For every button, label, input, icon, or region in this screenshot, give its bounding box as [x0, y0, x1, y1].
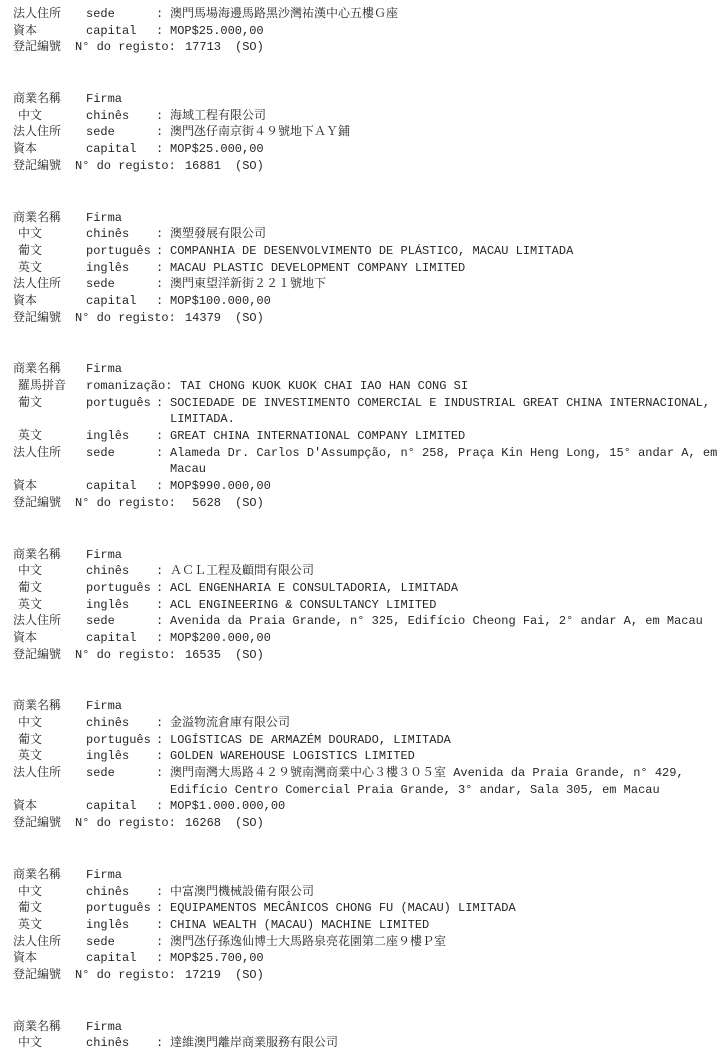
registry-entry: 商業名稱Firma羅馬拼音romanização:TAI CHONG KUOK … — [0, 361, 725, 511]
document-row: 葡文português:SOCIEDADE DE INVESTIMENTO CO… — [0, 395, 725, 412]
label-pt-capital: capital — [86, 950, 136, 967]
document-row: 資本capital:MOP$200.000,00 — [0, 630, 725, 647]
label-pt-registo: N° do registo: — [75, 310, 176, 327]
field-value: MOP$25.000,00 — [170, 23, 264, 40]
field-value: LOGÍSTICAS DE ARMAZÉM DOURADO, LIMITADA — [170, 732, 451, 749]
label-pt-firma: Firma — [86, 1019, 122, 1036]
registration-number: 17219 — [184, 967, 221, 984]
document-row: 英文inglês:GREAT CHINA INTERNATIONAL COMPA… — [0, 428, 725, 445]
registry-entry: 商業名稱Firma中文chinês:海域工程有限公司法人住所sede:澳門氹仔南… — [0, 91, 725, 174]
label-pt-capital: capital — [86, 798, 136, 815]
registration-number: 16268 — [184, 815, 221, 832]
label-zh-english: 英文 — [18, 428, 42, 445]
registration-suffix: (SO) — [235, 158, 264, 175]
label-pt-chinese: chinês — [86, 884, 129, 901]
label-zh-english: 英文 — [18, 748, 42, 765]
label-pt-english: inglês — [86, 260, 129, 277]
label-zh-portuguese: 葡文 — [18, 580, 42, 597]
label-zh-capital: 資本 — [13, 798, 37, 815]
label-pt-firma: Firma — [86, 867, 122, 884]
document-row: 商業名稱Firma — [0, 547, 725, 564]
field-value: CHINA WEALTH (MACAU) MACHINE LIMITED — [170, 917, 429, 934]
field-value-continuation: LIMITADA. — [170, 411, 235, 428]
label-zh-sede: 法人住所 — [13, 613, 61, 630]
registration-suffix: (SO) — [235, 310, 264, 327]
document-row: 葡文português:ACL ENGENHARIA E CONSULTADOR… — [0, 580, 725, 597]
registration-suffix: (SO) — [235, 647, 264, 664]
field-value: ＡＣＬ工程及顧問有限公司 — [170, 563, 314, 580]
label-zh-portuguese: 葡文 — [18, 395, 42, 412]
field-value: 海域工程有限公司 — [170, 108, 266, 125]
field-value: 澳門南灣大馬路４２９號南灣商業中心３樓３０５室 Avenida da Praia… — [170, 765, 684, 782]
label-pt-capital: capital — [86, 23, 136, 40]
field-value-continuation: Edifício Centro Comercial Praia Grande, … — [170, 782, 660, 799]
label-zh-sede: 法人住所 — [13, 6, 61, 23]
document-row: 登記編號N° do registo:5628(SO) — [0, 495, 725, 512]
field-value: 達維澳門離岸商業服務有限公司 — [170, 1035, 338, 1052]
registration-number: 5628 — [184, 495, 221, 512]
label-pt-registo: N° do registo: — [75, 967, 176, 984]
field-value: MOP$25.000,00 — [170, 141, 264, 158]
label-zh-chinese: 中文 — [18, 108, 42, 125]
document-row: 法人住所sede:澳門馬場海邊馬路黑沙灣祐漢中心五樓Ｇ座 — [0, 6, 725, 23]
field-value: SOCIEDADE DE INVESTIMENTO COMERCIAL E IN… — [170, 395, 710, 412]
colon-separator: : — [156, 950, 163, 967]
field-value: GREAT CHINA INTERNATIONAL COMPANY LIMITE… — [170, 428, 465, 445]
colon-separator: : — [156, 260, 163, 277]
document-row: Macau — [0, 461, 725, 478]
colon-separator: : — [156, 900, 163, 917]
label-pt-registo: N° do registo: — [75, 39, 176, 56]
colon-separator: : — [156, 1035, 163, 1052]
label-pt-sede: sede — [86, 613, 115, 630]
document-row: 中文chinês:金溢物流倉庫有限公司 — [0, 715, 725, 732]
document-row: 中文chinês:中富澳門機械設備有限公司 — [0, 884, 725, 901]
label-pt-chinese: chinês — [86, 108, 129, 125]
colon-separator: : — [156, 428, 163, 445]
field-value: ACL ENGINEERING & CONSULTANCY LIMITED — [170, 597, 436, 614]
document-row: 法人住所sede:澳門氹仔孫逸仙博士大馬路泉亮花園第二座９樓Ｐ室 — [0, 934, 725, 951]
field-value: Alameda Dr. Carlos D'Assumpção, n° 258, … — [170, 445, 717, 462]
label-zh-firma: 商業名稱 — [13, 91, 61, 108]
colon-separator: : — [156, 141, 163, 158]
label-pt-firma: Firma — [86, 210, 122, 227]
label-pt-sede: sede — [86, 934, 115, 951]
label-pt-portuguese: português — [86, 243, 151, 260]
registration-number: 17713 — [184, 39, 221, 56]
field-value: MOP$100.000,00 — [170, 293, 271, 310]
label-zh-chinese: 中文 — [18, 884, 42, 901]
document-row: 中文chinês:達維澳門離岸商業服務有限公司 — [0, 1035, 725, 1052]
field-value: 澳門氹仔孫逸仙博士大馬路泉亮花園第二座９樓Ｐ室 — [170, 934, 446, 951]
colon-separator: : — [156, 293, 163, 310]
field-value: 澳門氹仔南京街４９號地下ＡＹ鋪 — [170, 124, 350, 141]
document-row: 英文inglês:MACAU PLASTIC DEVELOPMENT COMPA… — [0, 260, 725, 277]
colon-separator: : — [156, 445, 163, 462]
field-value: MOP$200.000,00 — [170, 630, 271, 647]
document-row: 葡文português:EQUIPAMENTOS MECÂNICOS CHONG… — [0, 900, 725, 917]
label-zh-capital: 資本 — [13, 141, 37, 158]
label-pt-capital: capital — [86, 293, 136, 310]
label-zh-chinese: 中文 — [18, 563, 42, 580]
registration-suffix: (SO) — [235, 495, 264, 512]
label-pt-sede: sede — [86, 6, 115, 23]
document-row: 登記編號N° do registo:16268(SO) — [0, 815, 725, 832]
label-pt-chinese: chinês — [86, 1035, 129, 1052]
label-zh-english: 英文 — [18, 597, 42, 614]
field-value: EQUIPAMENTOS MECÂNICOS CHONG FU (MACAU) … — [170, 900, 516, 917]
colon-separator: : — [156, 884, 163, 901]
colon-separator: : — [156, 124, 163, 141]
document-row: 中文chinês:澳塑發展有限公司 — [0, 226, 725, 243]
label-zh-sede: 法人住所 — [13, 765, 61, 782]
field-value: MOP$1.000.000,00 — [170, 798, 285, 815]
label-zh-sede: 法人住所 — [13, 934, 61, 951]
registry-entry: 商業名稱Firma中文chinês:達維澳門離岸商業服務有限公司 — [0, 1019, 725, 1052]
label-zh-sede: 法人住所 — [13, 276, 61, 293]
label-pt-capital: capital — [86, 478, 136, 495]
label-zh-chinese: 中文 — [18, 715, 42, 732]
registry-entry: 商業名稱Firma中文chinês:中富澳門機械設備有限公司葡文portuguê… — [0, 867, 725, 984]
colon-separator: : — [156, 243, 163, 260]
label-pt-english: inglês — [86, 917, 129, 934]
label-pt-portuguese: português — [86, 395, 151, 412]
label-zh-capital: 資本 — [13, 950, 37, 967]
label-zh-registo: 登記編號 — [13, 967, 61, 984]
document-row: 英文inglês:ACL ENGINEERING & CONSULTANCY L… — [0, 597, 725, 614]
colon-separator: : — [156, 748, 163, 765]
document-row: 商業名稱Firma — [0, 210, 725, 227]
document-page: 法人住所sede:澳門馬場海邊馬路黑沙灣祐漢中心五樓Ｇ座資本capital:MO… — [0, 0, 725, 1053]
colon-separator: : — [156, 276, 163, 293]
document-row: 商業名稱Firma — [0, 1019, 725, 1036]
colon-separator: : — [156, 597, 163, 614]
document-row: 法人住所sede:澳門氹仔南京街４９號地下ＡＹ鋪 — [0, 124, 725, 141]
colon-separator: : — [156, 108, 163, 125]
colon-separator: : — [156, 23, 163, 40]
document-row: Edifício Centro Comercial Praia Grande, … — [0, 782, 725, 799]
colon-separator: : — [156, 934, 163, 951]
registry-entry: 法人住所sede:澳門馬場海邊馬路黑沙灣祐漢中心五樓Ｇ座資本capital:MO… — [0, 6, 725, 56]
label-pt-portuguese: português — [86, 580, 151, 597]
document-row: 葡文português:COMPANHIA DE DESENVOLVIMENTO… — [0, 243, 725, 260]
registry-entry: 商業名稱Firma中文chinês:金溢物流倉庫有限公司葡文português:… — [0, 698, 725, 832]
label-pt-english: inglês — [86, 428, 129, 445]
label-pt-english: inglês — [86, 748, 129, 765]
document-row: 登記編號N° do registo:16535(SO) — [0, 647, 725, 664]
label-pt-romanization: romanização: — [86, 378, 172, 395]
label-zh-capital: 資本 — [13, 478, 37, 495]
label-pt-sede: sede — [86, 124, 115, 141]
field-value: COMPANHIA DE DESENVOLVIMENTO DE PLÁSTICO… — [170, 243, 573, 260]
label-zh-firma: 商業名稱 — [13, 547, 61, 564]
label-zh-registo: 登記編號 — [13, 815, 61, 832]
colon-separator: : — [156, 765, 163, 782]
colon-separator: : — [156, 798, 163, 815]
document-row: 法人住所sede:Alameda Dr. Carlos D'Assumpção,… — [0, 445, 725, 462]
document-row: 葡文português:LOGÍSTICAS DE ARMAZÉM DOURAD… — [0, 732, 725, 749]
document-row: LIMITADA. — [0, 411, 725, 428]
label-zh-portuguese: 葡文 — [18, 243, 42, 260]
label-pt-chinese: chinês — [86, 715, 129, 732]
label-zh-portuguese: 葡文 — [18, 732, 42, 749]
label-zh-chinese: 中文 — [18, 226, 42, 243]
label-zh-registo: 登記編號 — [13, 39, 61, 56]
field-value-continuation: Macau — [170, 461, 206, 478]
document-row: 資本capital:MOP$25.000,00 — [0, 141, 725, 158]
label-zh-capital: 資本 — [13, 23, 37, 40]
label-zh-registo: 登記編號 — [13, 647, 61, 664]
label-pt-registo: N° do registo: — [75, 815, 176, 832]
label-zh-sede: 法人住所 — [13, 124, 61, 141]
label-zh-capital: 資本 — [13, 630, 37, 647]
document-row: 英文inglês:GOLDEN WAREHOUSE LOGISTICS LIMI… — [0, 748, 725, 765]
field-value: 澳門東望洋新街２２１號地下 — [170, 276, 326, 293]
colon-separator: : — [156, 613, 163, 630]
registry-entry: 商業名稱Firma中文chinês:澳塑發展有限公司葡文português:CO… — [0, 210, 725, 327]
label-pt-chinese: chinês — [86, 563, 129, 580]
registration-suffix: (SO) — [235, 815, 264, 832]
field-value: MACAU PLASTIC DEVELOPMENT COMPANY LIMITE… — [170, 260, 465, 277]
label-zh-firma: 商業名稱 — [13, 210, 61, 227]
registration-number: 16881 — [184, 158, 221, 175]
document-row: 登記編號N° do registo:17713(SO) — [0, 39, 725, 56]
registration-suffix: (SO) — [235, 39, 264, 56]
label-zh-firma: 商業名稱 — [13, 361, 61, 378]
document-row: 商業名稱Firma — [0, 867, 725, 884]
label-zh-portuguese: 葡文 — [18, 900, 42, 917]
label-pt-firma: Firma — [86, 361, 122, 378]
romanization-value: TAI CHONG KUOK KUOK CHAI IAO HAN CONG SI — [180, 378, 468, 395]
document-row: 中文chinês:ＡＣＬ工程及顧問有限公司 — [0, 563, 725, 580]
label-zh-romanization: 羅馬拼音 — [18, 378, 66, 395]
registry-entry: 商業名稱Firma中文chinês:ＡＣＬ工程及顧問有限公司葡文portuguê… — [0, 547, 725, 664]
colon-separator: : — [156, 563, 163, 580]
field-value: 澳門馬場海邊馬路黑沙灣祐漢中心五樓Ｇ座 — [170, 6, 398, 23]
label-pt-registo: N° do registo: — [75, 495, 176, 512]
document-row: 法人住所sede:澳門南灣大馬路４２９號南灣商業中心３樓３０５室 Avenida… — [0, 765, 725, 782]
field-value: MOP$25.700,00 — [170, 950, 264, 967]
colon-separator: : — [156, 226, 163, 243]
label-zh-firma: 商業名稱 — [13, 1019, 61, 1036]
document-row: 商業名稱Firma — [0, 91, 725, 108]
document-row: 資本capital:MOP$25.700,00 — [0, 950, 725, 967]
label-zh-english: 英文 — [18, 260, 42, 277]
field-value: MOP$990.000,00 — [170, 478, 271, 495]
label-zh-registo: 登記編號 — [13, 158, 61, 175]
label-pt-firma: Firma — [86, 698, 122, 715]
document-row: 英文inglês:CHINA WEALTH (MACAU) MACHINE LI… — [0, 917, 725, 934]
label-pt-sede: sede — [86, 445, 115, 462]
label-pt-portuguese: português — [86, 732, 151, 749]
label-zh-registo: 登記編號 — [13, 310, 61, 327]
field-value: Avenida da Praia Grande, n° 325, Edifíci… — [170, 613, 703, 630]
field-value: 金溢物流倉庫有限公司 — [170, 715, 290, 732]
colon-separator: : — [156, 6, 163, 23]
document-row: 登記編號N° do registo:14379(SO) — [0, 310, 725, 327]
field-value: 澳塑發展有限公司 — [170, 226, 266, 243]
label-zh-registo: 登記編號 — [13, 495, 61, 512]
colon-separator: : — [156, 580, 163, 597]
document-row: 中文chinês:海域工程有限公司 — [0, 108, 725, 125]
label-pt-capital: capital — [86, 630, 136, 647]
document-row: 資本capital:MOP$25.000,00 — [0, 23, 725, 40]
label-pt-sede: sede — [86, 765, 115, 782]
label-pt-sede: sede — [86, 276, 115, 293]
label-pt-capital: capital — [86, 141, 136, 158]
document-row: 商業名稱Firma — [0, 361, 725, 378]
label-zh-english: 英文 — [18, 917, 42, 934]
field-value: 中富澳門機械設備有限公司 — [170, 884, 314, 901]
document-row: 法人住所sede:Avenida da Praia Grande, n° 325… — [0, 613, 725, 630]
colon-separator: : — [156, 715, 163, 732]
document-row: 資本capital:MOP$1.000.000,00 — [0, 798, 725, 815]
colon-separator: : — [156, 395, 163, 412]
label-zh-sede: 法人住所 — [13, 445, 61, 462]
document-row: 資本capital:MOP$990.000,00 — [0, 478, 725, 495]
document-row: 羅馬拼音romanização:TAI CHONG KUOK KUOK CHAI… — [0, 378, 725, 395]
document-row: 登記編號N° do registo:17219(SO) — [0, 967, 725, 984]
label-pt-firma: Firma — [86, 547, 122, 564]
colon-separator: : — [156, 732, 163, 749]
colon-separator: : — [156, 630, 163, 647]
label-pt-english: inglês — [86, 597, 129, 614]
colon-separator: : — [156, 478, 163, 495]
registration-suffix: (SO) — [235, 967, 264, 984]
label-pt-chinese: chinês — [86, 226, 129, 243]
registration-number: 16535 — [184, 647, 221, 664]
document-row: 法人住所sede:澳門東望洋新街２２１號地下 — [0, 276, 725, 293]
document-row: 資本capital:MOP$100.000,00 — [0, 293, 725, 310]
label-pt-registo: N° do registo: — [75, 158, 176, 175]
label-zh-firma: 商業名稱 — [13, 698, 61, 715]
field-value: ACL ENGENHARIA E CONSULTADORIA, LIMITADA — [170, 580, 458, 597]
label-zh-firma: 商業名稱 — [13, 867, 61, 884]
document-row: 商業名稱Firma — [0, 698, 725, 715]
label-pt-firma: Firma — [86, 91, 122, 108]
label-zh-capital: 資本 — [13, 293, 37, 310]
registration-number: 14379 — [184, 310, 221, 327]
field-value: GOLDEN WAREHOUSE LOGISTICS LIMITED — [170, 748, 415, 765]
colon-separator: : — [156, 917, 163, 934]
label-zh-chinese: 中文 — [18, 1035, 42, 1052]
label-pt-portuguese: português — [86, 900, 151, 917]
label-pt-registo: N° do registo: — [75, 647, 176, 664]
document-row: 登記編號N° do registo:16881(SO) — [0, 158, 725, 175]
